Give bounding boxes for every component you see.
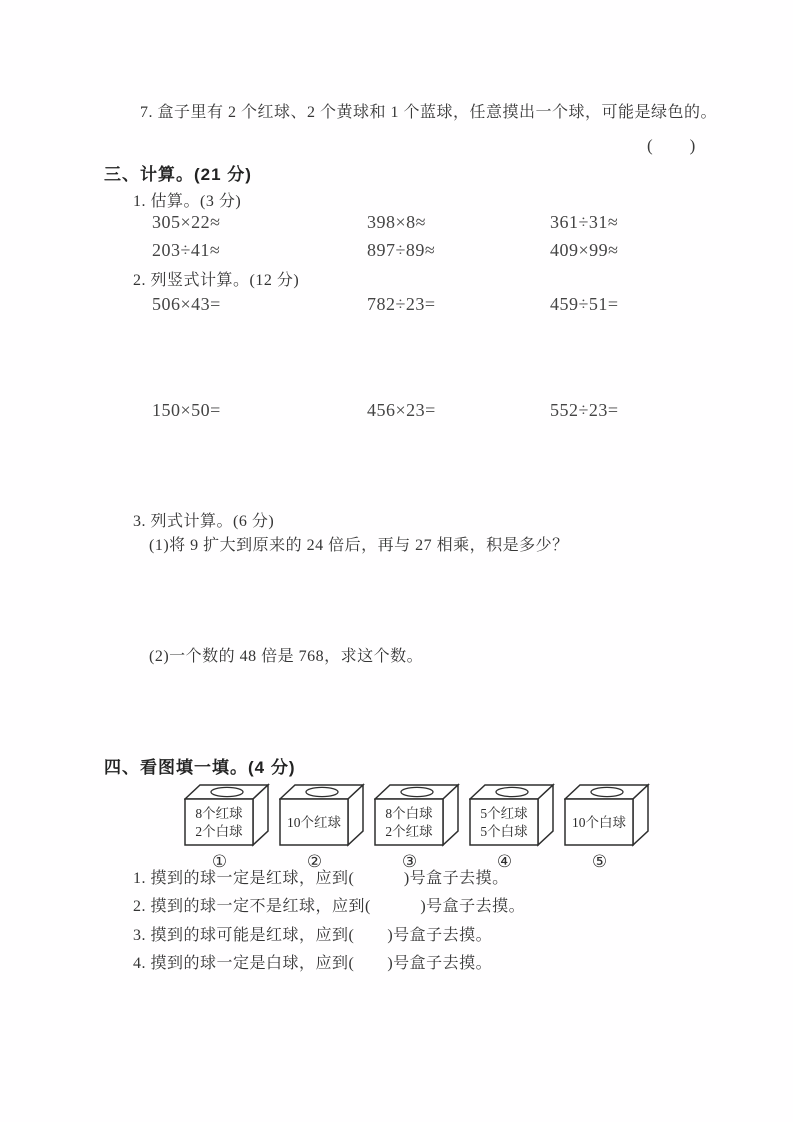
box-label-line: 5个白球: [480, 824, 528, 839]
worksheet-page: 7. 盒子里有 2 个红球、2 个黄球和 1 个蓝球，任意摸出一个球，可能是绿色…: [0, 0, 793, 1122]
math-expression: 897÷89≈: [367, 240, 435, 261]
box-drawing: 8个红球 2个白球: [184, 783, 270, 847]
math-expression: 409×99≈: [550, 240, 619, 261]
fill-question-1: 1. 摸到的球一定是红球，应到( )号盒子去摸。: [133, 865, 525, 893]
box-label-line: 8个红球: [195, 806, 243, 821]
vertical-calc-row-1: 506×43= 782÷23= 459÷51=: [152, 294, 712, 316]
word-problem-1: (1)将 9 扩大到原来的 24 倍后，再与 27 相乘，积是多少？: [149, 535, 709, 557]
ball-box-1: 8个红球 2个白球 ①: [184, 783, 270, 871]
estimation-row-1: 305×22≈ 398×8≈ 361÷31≈: [152, 212, 712, 234]
word-problem-2: (2)一个数的 48 倍是 768，求这个数。: [149, 646, 709, 668]
ball-boxes-row: 8个红球 2个白球 ① 10个红球 ② 8个白球 2个红球: [184, 783, 650, 871]
fill-question-3: 3. 摸到的球可能是红球，应到( )号盒子去摸。: [133, 922, 525, 950]
section-3-sub1-heading: 1. 估算。(3 分): [133, 188, 241, 211]
math-expression: 398×8≈: [367, 212, 426, 233]
box-drawing: 5个红球 5个白球: [469, 783, 555, 847]
section-3-sub3-heading: 3. 列式计算。(6 分): [133, 508, 274, 531]
question-7-text: 7. 盒子里有 2 个红球、2 个黄球和 1 个蓝球，任意摸出一个球，可能是绿色…: [140, 102, 725, 124]
box-number: ⑤: [564, 853, 650, 871]
box-hole: [306, 787, 338, 796]
box-drawing: 8个白球 2个红球: [374, 783, 460, 847]
box-label-line: 2个白球: [195, 824, 243, 839]
section-4-heading: 四、看图填一填。(4 分): [104, 753, 296, 778]
section-4-questions: 1. 摸到的球一定是红球，应到( )号盒子去摸。 2. 摸到的球一定不是红球，应…: [133, 865, 525, 978]
fill-question-2: 2. 摸到的球一定不是红球，应到( )号盒子去摸。: [133, 893, 525, 921]
math-expression: 150×50=: [152, 400, 221, 421]
answer-blank: ( ): [647, 131, 696, 156]
box-label-line: 10个红球: [287, 815, 341, 830]
box-label-line: 2个红球: [385, 824, 433, 839]
ball-box-4: 5个红球 5个白球 ④: [469, 783, 555, 871]
math-expression: 203÷41≈: [152, 240, 220, 261]
math-expression: 305×22≈: [152, 212, 221, 233]
box-drawing: 10个白球: [564, 783, 650, 847]
ball-box-3: 8个白球 2个红球 ③: [374, 783, 460, 871]
box-hole: [496, 787, 528, 796]
vertical-calc-row-2: 150×50= 456×23= 552÷23=: [152, 400, 712, 422]
box-label-line: 5个红球: [480, 806, 528, 821]
box-hole: [401, 787, 433, 796]
estimation-row-2: 203÷41≈ 897÷89≈ 409×99≈: [152, 240, 712, 262]
section-3-heading: 三、计算。(21 分): [104, 160, 252, 185]
section-3-sub2-heading: 2. 列竖式计算。(12 分): [133, 267, 299, 290]
box-hole: [591, 787, 623, 796]
box-label-line: 8个白球: [385, 806, 433, 821]
ball-box-2: 10个红球 ②: [279, 783, 365, 871]
box-hole: [211, 787, 243, 796]
math-expression: 506×43=: [152, 294, 221, 315]
math-expression: 361÷31≈: [550, 212, 618, 233]
box-label-line: 10个白球: [572, 815, 626, 830]
fill-question-4: 4. 摸到的球一定是白球，应到( )号盒子去摸。: [133, 950, 525, 978]
math-expression: 552÷23=: [550, 400, 619, 421]
ball-box-5: 10个白球 ⑤: [564, 783, 650, 871]
box-drawing: 10个红球: [279, 783, 365, 847]
math-expression: 459÷51=: [550, 294, 619, 315]
math-expression: 456×23=: [367, 400, 436, 421]
math-expression: 782÷23=: [367, 294, 436, 315]
